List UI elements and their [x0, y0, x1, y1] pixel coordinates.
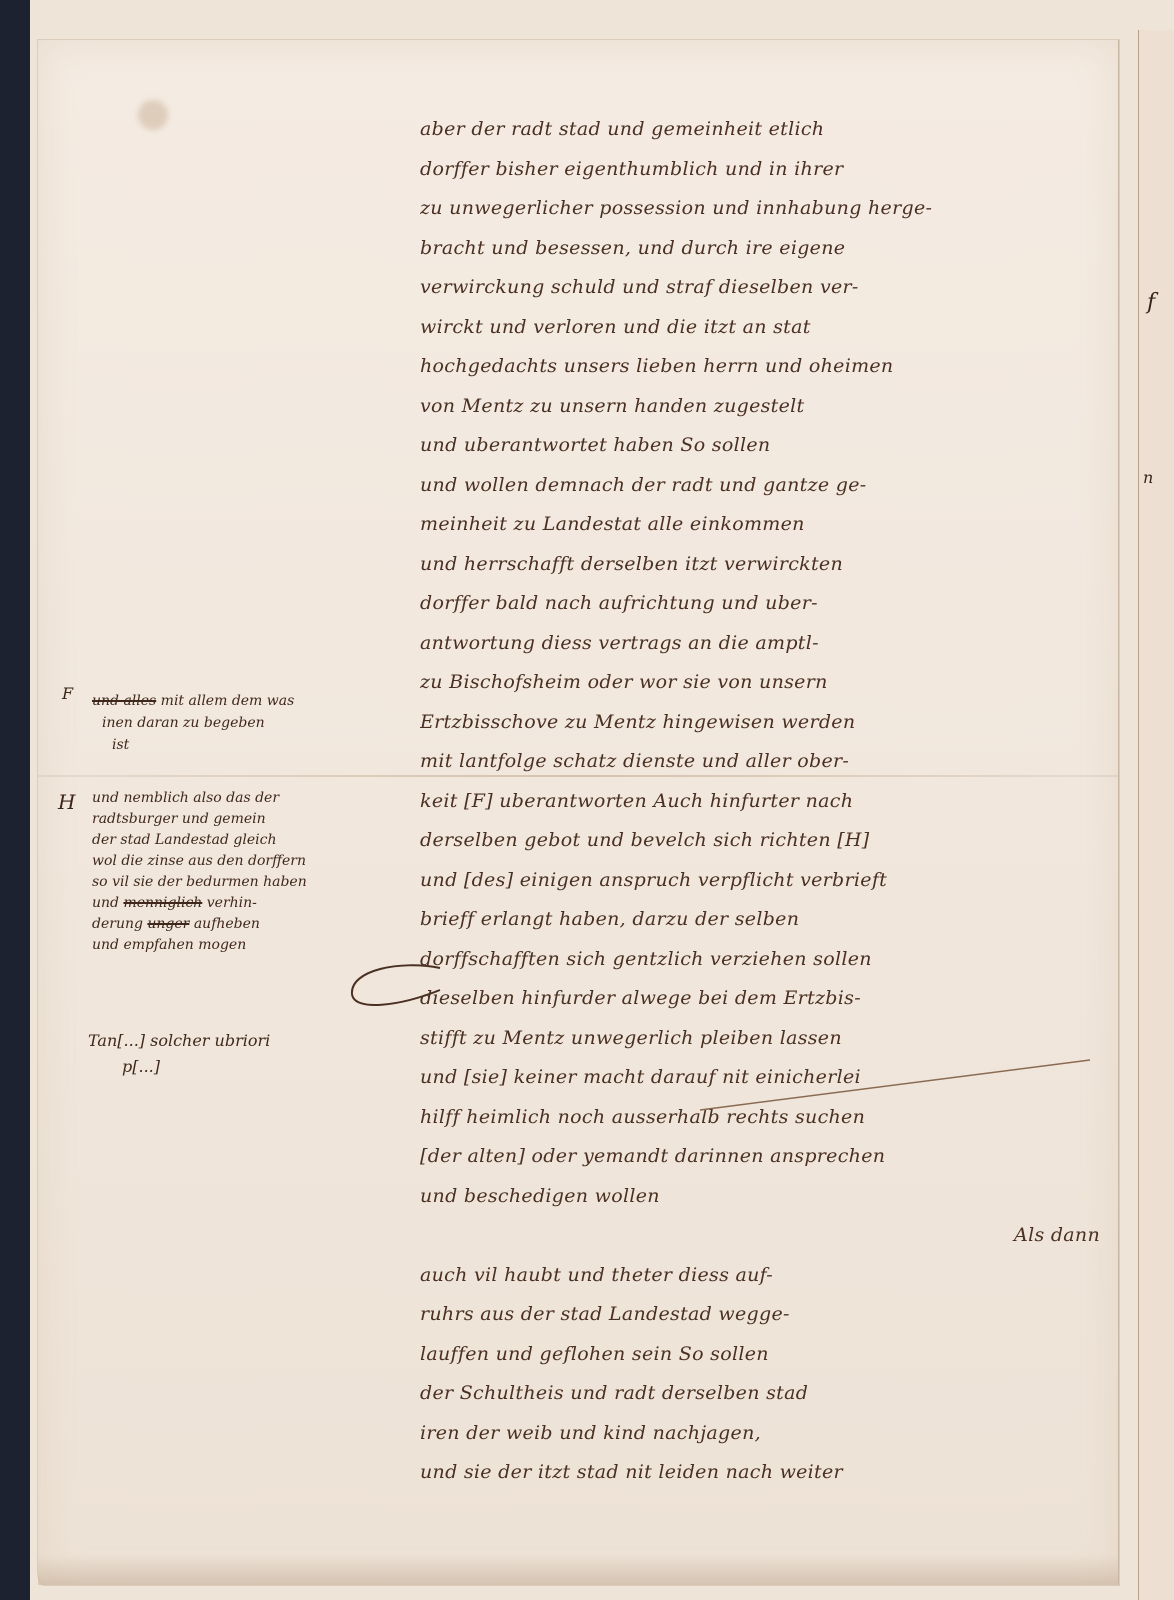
margin-line: der stad Landestad gleich — [92, 830, 422, 851]
ink-flourish — [340, 960, 450, 1020]
margin-line: wol die zinse aus den dorffern — [92, 851, 422, 872]
text-line: bracht und besessen, und durch ire eigen… — [420, 229, 1120, 269]
text-line: Ertzbisschove zu Mentz hingewisen werden — [420, 703, 1120, 743]
text-line: dieselben hinfurder alwege bei dem Ertzb… — [420, 979, 1120, 1019]
torn-bottom-edge — [38, 1555, 1118, 1585]
text-line: derselben gebot und bevelch sich richten… — [420, 821, 1120, 861]
margin-note-f: und alles mit allem dem was inen daran z… — [92, 690, 422, 756]
text-line: und sie der itzt stad nit leiden nach we… — [420, 1453, 1120, 1493]
text-line: und wollen demnach der radt und gantze g… — [420, 466, 1120, 506]
text-line: zu Bischofsheim oder wor sie von unsern — [420, 663, 1120, 703]
text-line: brieff erlangt haben, darzu der selben — [420, 900, 1120, 940]
margin-text: mit allem dem was — [161, 693, 295, 709]
struck-text: unger — [147, 916, 189, 932]
edge-fragment-f: f — [1147, 290, 1155, 315]
margin-text: verhin- — [207, 895, 257, 911]
margin-line: inen daran zu begeben — [92, 712, 422, 734]
text-line: von Mentz zu unsern handen zugestelt — [420, 387, 1120, 427]
text-line: iren der weib und kind nachjagen, — [420, 1414, 1120, 1454]
insertion-marker-f: F — [62, 684, 73, 703]
text-line: zu unwegerlicher possession und innhabun… — [420, 189, 1120, 229]
text-line: meinheit zu Landestat alle einkommen — [420, 505, 1120, 545]
text-line: Als dann — [420, 1216, 1120, 1256]
margin-line: ist — [92, 734, 422, 756]
margin-line: Tan[...] solcher ubriori — [88, 1028, 418, 1054]
text-line: verwirckung schuld und straf dieselben v… — [420, 268, 1120, 308]
text-line: und uberantwortet haben So sollen — [420, 426, 1120, 466]
insertion-marker-h: H — [58, 790, 75, 814]
adjacent-page-edge: f n — [1138, 30, 1174, 1600]
text-line: [der alten] oder yemandt darinnen anspre… — [420, 1137, 1120, 1177]
text-line: dorffschafften sich gentzlich verziehen … — [420, 940, 1120, 980]
margin-text: aufheben — [194, 916, 260, 932]
text-line: wirckt und verloren und die itzt an stat — [420, 308, 1120, 348]
margin-text: und — [92, 895, 119, 911]
text-line: ruhrs aus der stad Landestad wegge- — [420, 1295, 1120, 1335]
text-line: keit [F] uberantworten Auch hinfurter na… — [420, 782, 1120, 822]
margin-line: so vil sie der bedurmen haben — [92, 872, 422, 893]
edge-fragment-n: n — [1143, 468, 1153, 487]
text-line: dorffer bald nach aufrichtung und uber- — [420, 584, 1120, 624]
text-line: mit lantfolge schatz dienste und aller o… — [420, 742, 1120, 782]
text-line: dorffer bisher eigenthumblich und in ihr… — [420, 150, 1120, 190]
margin-note-h: und nemblich also das der radtsburger un… — [92, 788, 422, 956]
water-stain — [138, 100, 168, 130]
margin-text: derung — [92, 916, 143, 932]
text-line: antwortung diess vertrags an die amptl- — [420, 624, 1120, 664]
struck-text: menniglich — [123, 895, 202, 911]
strike-stroke — [690, 1050, 1110, 1120]
text-line: der Schultheis und radt derselben stad — [420, 1374, 1120, 1414]
main-text-column: aber der radt stad und gemeinheit etlich… — [420, 110, 1120, 1493]
text-line: auch vil haubt und theter diess auf- — [420, 1256, 1120, 1296]
margin-line: derung unger aufheben — [92, 914, 422, 935]
margin-line: und alles mit allem dem was — [92, 690, 422, 712]
text-line: und beschedigen wollen — [420, 1177, 1120, 1217]
text-line: und [des] einigen anspruch verpflicht ve… — [420, 861, 1120, 901]
margin-line: und empfahen mogen — [92, 935, 422, 956]
text-line: aber der radt stad und gemeinheit etlich — [420, 110, 1120, 150]
margin-line: und nemblich also das der — [92, 788, 422, 809]
margin-line: p[...] — [88, 1054, 418, 1080]
struck-text: und alles — [92, 693, 156, 709]
text-line: hochgedachts unsers lieben herrn und ohe… — [420, 347, 1120, 387]
margin-line: und menniglich verhin- — [92, 893, 422, 914]
margin-line: radtsburger und gemein — [92, 809, 422, 830]
text-line: lauffen und geflohen sein So sollen — [420, 1335, 1120, 1375]
margin-signature-note: Tan[...] solcher ubriori p[...] — [88, 1028, 418, 1080]
text-line: und herrschafft derselben itzt verwirckt… — [420, 545, 1120, 585]
